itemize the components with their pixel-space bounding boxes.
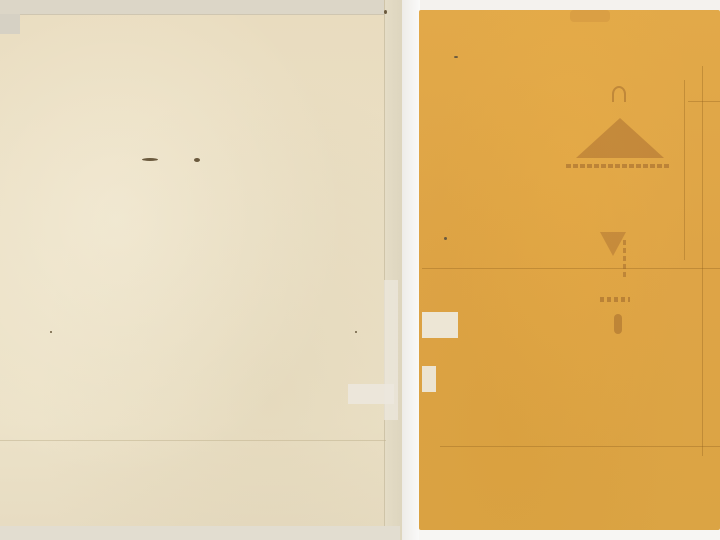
bleed-through-triangle-emblem — [576, 118, 664, 158]
right-tape-patch-small — [422, 366, 436, 392]
background-bottom — [419, 530, 720, 540]
right-paper-sheet — [419, 10, 720, 530]
left-smudge-mark — [142, 158, 158, 161]
background-gap — [402, 0, 420, 540]
bleed-through-caption-text — [566, 164, 670, 168]
left-fold-line — [0, 440, 386, 441]
right-dot-mark — [454, 56, 458, 58]
bleed-through-frame-line — [422, 268, 720, 269]
right-top-stain — [570, 10, 610, 22]
left-tape-patch — [348, 384, 394, 404]
bleed-through-drop-mark — [614, 314, 622, 334]
right-dot-mark — [444, 237, 447, 240]
bleed-through-flame-icon — [612, 86, 626, 102]
left-bottom-tape-strip — [0, 526, 400, 540]
left-smudge-mark — [194, 158, 200, 162]
bleed-through-frame-line — [684, 80, 685, 260]
right-tape-patch — [422, 312, 458, 338]
left-dot-mark — [355, 331, 357, 333]
left-top-tape-strip — [0, 0, 390, 15]
left-paper-sheet — [0, 14, 386, 526]
left-pin-mark — [384, 10, 387, 14]
left-corner-tape — [0, 14, 20, 34]
bleed-through-frame-line — [440, 446, 720, 447]
left-right-edge-tape — [384, 0, 403, 540]
bleed-through-small-text — [600, 297, 630, 302]
bleed-through-frame-line — [702, 66, 703, 456]
left-dot-mark — [50, 331, 52, 333]
bleed-through-frame-line — [688, 101, 720, 102]
bleed-through-dashes — [623, 240, 626, 280]
